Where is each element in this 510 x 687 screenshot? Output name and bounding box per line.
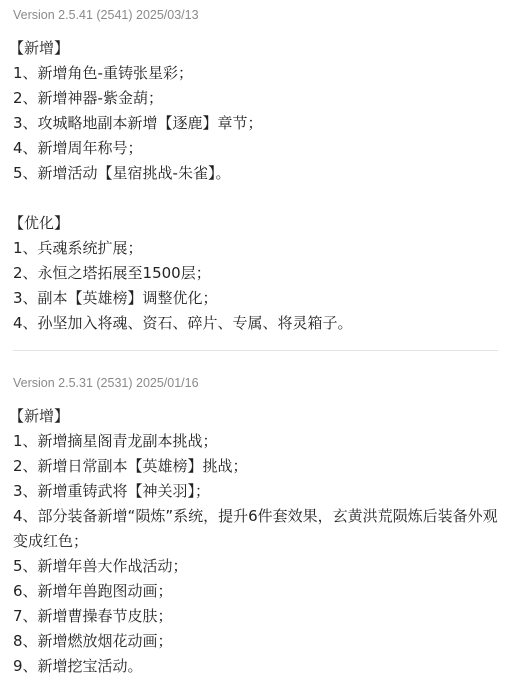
version-header: Version 2.5.41 (2541) 2025/03/13: [13, 7, 498, 23]
section-title-new: 【新增】: [9, 404, 498, 429]
release-notes: 【新增】 1、新增摘星阁青龙副本挑战； 2、新增日常副本【英雄榜】挑战； 3、新…: [13, 404, 498, 679]
list-item: 4、部分装备新增“陨炼”系统，提升6件套效果，玄黄洪荒陨炼后装备外观变成红色；: [13, 504, 498, 554]
changelog: Version 2.5.41 (2541) 2025/03/13 【新增】 1、…: [0, 7, 510, 679]
release-divider: [13, 350, 498, 351]
list-item: 2、新增日常副本【英雄榜】挑战；: [13, 454, 498, 479]
release-2-5-41: Version 2.5.41 (2541) 2025/03/13 【新增】 1、…: [13, 7, 498, 336]
list-item: 3、副本【英雄榜】调整优化；: [13, 286, 498, 311]
list-item: 2、永恒之塔拓展至1500层；: [13, 261, 498, 286]
list-item: 6、新增年兽跑图动画；: [13, 579, 498, 604]
list-item: 3、新增重铸武将【神关羽】；: [13, 479, 498, 504]
list-item: 7、新增曹操春节皮肤；: [13, 604, 498, 629]
list-item: 4、孙坚加入将魂、资石、碎片、专属、将灵箱子。: [13, 311, 498, 336]
list-item: 1、新增摘星阁青龙副本挑战；: [13, 429, 498, 454]
list-item: 1、兵魂系统扩展；: [13, 236, 498, 261]
list-item: 5、新增活动【星宿挑战-朱雀】。: [13, 161, 498, 186]
list-item: 4、新增周年称号；: [13, 136, 498, 161]
release-notes: 【新增】 1、新增角色-重铸张星彩； 2、新增神器-紫金葫； 3、攻城略地副本新…: [13, 36, 498, 336]
release-2-5-31: Version 2.5.31 (2531) 2025/01/16 【新增】 1、…: [13, 375, 498, 679]
list-item: 1、新增角色-重铸张星彩；: [13, 61, 498, 86]
list-item: 8、新增燃放烟花动画；: [13, 629, 498, 654]
list-item: 5、新增年兽大作战活动；: [13, 554, 498, 579]
spacer: [13, 186, 498, 211]
section-title-new: 【新增】: [9, 36, 498, 61]
list-item: 2、新增神器-紫金葫；: [13, 86, 498, 111]
list-item: 9、新增挖宝活动。: [13, 654, 498, 679]
version-header: Version 2.5.31 (2531) 2025/01/16: [13, 375, 498, 391]
list-item: 3、攻城略地副本新增【逐鹿】章节；: [13, 111, 498, 136]
section-title-optimize: 【优化】: [9, 211, 498, 236]
